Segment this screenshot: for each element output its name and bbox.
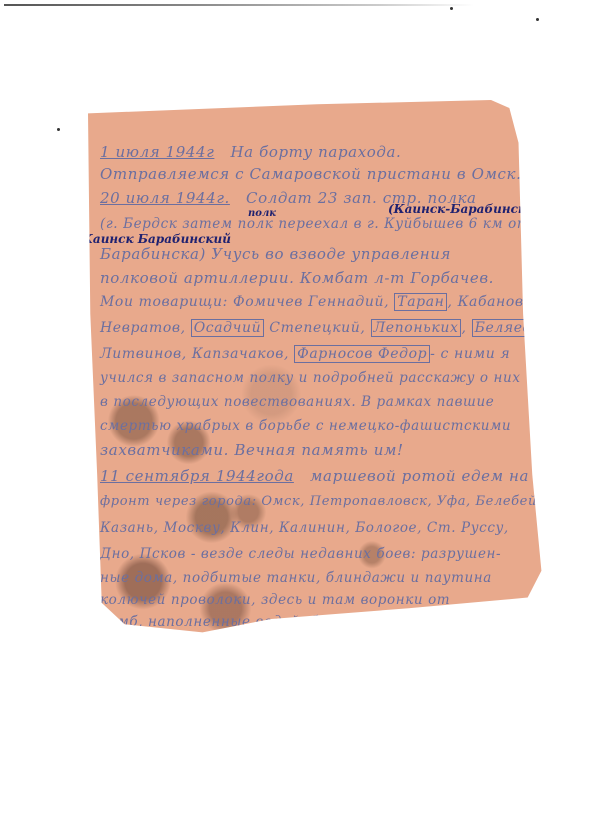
letter-line-1: 1 июля 1944г На борту парахода. (100, 142, 534, 162)
boxed-name: Таран (394, 293, 447, 311)
letter-line-9: Литвинов, Капзачаков, Фарносов Федор- с … (100, 344, 534, 364)
dust-speck (536, 18, 539, 21)
letter-line-10: учился в запасном полку и подробней расс… (100, 368, 534, 388)
letter-line-16: Казань, Москву, Клин, Калинин, Бологое, … (100, 518, 534, 538)
date-entry: 1 июля 1944г (100, 143, 214, 161)
boxed-name: Беляев (472, 319, 535, 337)
letter-line-6: полковой артиллерии. Комбат л-т Горбачев… (100, 268, 534, 288)
date-entry: 20 июля 1944г. (100, 189, 230, 207)
dust-speck (450, 7, 453, 10)
letter-line-8: Невратов, Осадчий Степецкий, Лепоньких, … (100, 318, 534, 338)
letter-line-2: Отправляемся с Самаровской пристани в Ом… (100, 164, 534, 184)
letter-line-11: в последующих повествованиях. В рамках п… (100, 392, 534, 412)
letter-line-12: смертью храбрых в борьбе с немецко-фашис… (100, 416, 534, 436)
boxed-name: Лепоньких (371, 319, 462, 337)
letter-line-14: 11 сентября 1944года маршевой ротой едем… (100, 466, 534, 486)
letter-line-15: фронт через города: Омск, Петропавловск,… (100, 492, 534, 512)
letter-line-20: бомб, наполненные водой, братские могилы… (100, 612, 534, 632)
handwritten-letter-sheet: 1 июля 1944г На борту парахода. Отправля… (88, 100, 546, 635)
letter-line-18: ные дома, подбитые танки, блиндажи и пау… (100, 568, 534, 588)
scan-edge-line (4, 4, 474, 6)
letter-line-5: Барабинска) Учусь во взводе управления (100, 244, 534, 264)
letter-line-4: (г. Бердск затем полк переехал в г. Куйб… (100, 214, 534, 234)
boxed-name: Фарносов Федор (294, 345, 430, 363)
letter-line-17: Дно, Псков - везде следы недавних боев: … (100, 544, 534, 564)
boxed-name: Осадчий (191, 319, 264, 337)
dust-speck (57, 128, 60, 131)
date-entry: 11 сентября 1944года (100, 467, 294, 485)
letter-line-19: колючей проволоки, здесь и там воронки о… (100, 590, 534, 610)
letter-line-7: Мои товарищи: Фомичев Геннадий, Таран, К… (100, 292, 534, 312)
letter-line-13: захватчиками. Вечная память им! (100, 440, 534, 460)
